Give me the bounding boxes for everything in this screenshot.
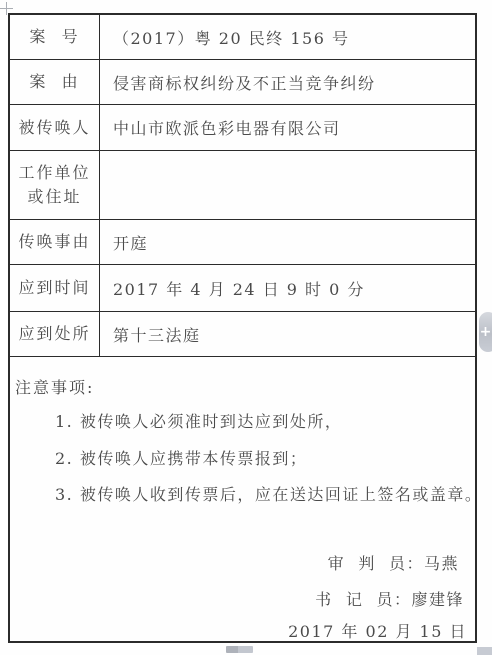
notes-title: 注意事项: xyxy=(15,375,94,398)
document-date: 2017 年 02 月 15 日 xyxy=(288,619,467,642)
scrollbar-fragment-bottom[interactable] xyxy=(226,646,253,653)
label-case-number: 案 号 xyxy=(10,15,100,59)
notes-section: 注意事项: 1. 被传唤人必须准时到达应到处所， 2. 被传唤人应携带本传票报到… xyxy=(10,357,475,641)
label-text: 应到时间 xyxy=(18,276,90,300)
value-summons-reason: 开庭 xyxy=(100,220,475,264)
handle-vertical-bar xyxy=(6,2,8,15)
table-row-appearance-place: 应到处所 第十三法庭 xyxy=(10,312,475,357)
value-cause-of-action: 侵害商标权纠纷及不正当竞争纠纷 xyxy=(100,60,475,104)
value-work-unit-or-address xyxy=(100,151,475,219)
value-text: 中山市欧派色彩电器有限公司 xyxy=(113,116,341,139)
value-case-number: （2017）粤 20 民终 156 号 xyxy=(100,15,475,59)
note-item-3: 3. 被传唤人收到传票后，应在送达回证上签名或盖章。 xyxy=(55,482,482,505)
note-item-2: 2. 被传唤人应携带本传票报到； xyxy=(55,446,307,469)
plus-icon: + xyxy=(480,325,492,339)
label-appearance-place: 应到处所 xyxy=(10,312,100,356)
label-cause-of-action: 案 由 xyxy=(10,60,100,104)
value-text: 开庭 xyxy=(113,231,148,254)
label-text-line2: 或住址 xyxy=(27,185,81,209)
scrollbar-fragment-corner[interactable] xyxy=(477,647,492,655)
value-text: 侵害商标权纠纷及不正当竞争纠纷 xyxy=(113,71,376,94)
label-text: 案 号 xyxy=(29,25,79,49)
value-text: 第十三法庭 xyxy=(113,323,201,346)
label-appearance-time: 应到时间 xyxy=(10,265,100,311)
label-text: 被传唤人 xyxy=(18,116,90,140)
label-summoned-person: 被传唤人 xyxy=(10,105,100,150)
value-summoned-person: 中山市欧派色彩电器有限公司 xyxy=(100,105,475,150)
value-text: （2017）粤 20 民终 156 号 xyxy=(113,26,349,49)
table-row-cause-of-action: 案 由 侵害商标权纠纷及不正当竞争纠纷 xyxy=(10,60,475,105)
floating-plus-button[interactable]: + xyxy=(479,312,492,352)
table-row-work-unit-or-address: 工作单位 或住址 xyxy=(10,151,475,220)
note-item-1: 1. 被传唤人必须准时到达应到处所， xyxy=(55,409,342,432)
label-text: 传唤事由 xyxy=(18,230,90,254)
value-appearance-time: 2017 年 4 月 24 日 9 时 0 分 xyxy=(100,265,475,311)
summons-table: 案 号 （2017）粤 20 民终 156 号 案 由 侵害商标权纠纷及不正当竞… xyxy=(8,13,477,643)
clerk-signature-line: 书 记 员：廖建锋 xyxy=(315,587,464,610)
label-text: 案 由 xyxy=(29,70,79,94)
table-row-case-number: 案 号 （2017）粤 20 民终 156 号 xyxy=(10,15,475,60)
table-row-summoned-person: 被传唤人 中山市欧派色彩电器有限公司 xyxy=(10,105,475,151)
judge-signature-line: 审 判 员：马燕 xyxy=(328,551,459,574)
document-page: 案 号 （2017）粤 20 民终 156 号 案 由 侵害商标权纠纷及不正当竞… xyxy=(0,0,492,655)
label-summons-reason: 传唤事由 xyxy=(10,220,100,264)
value-appearance-place: 第十三法庭 xyxy=(100,312,475,356)
label-text-line1: 工作单位 xyxy=(18,161,90,185)
label-work-unit-or-address: 工作单位 或住址 xyxy=(10,151,100,219)
table-row-summons-reason: 传唤事由 开庭 xyxy=(10,220,475,265)
label-text: 应到处所 xyxy=(18,322,90,346)
value-text: 2017 年 4 月 24 日 9 时 0 分 xyxy=(113,277,365,300)
table-row-appearance-time: 应到时间 2017 年 4 月 24 日 9 时 0 分 xyxy=(10,265,475,312)
